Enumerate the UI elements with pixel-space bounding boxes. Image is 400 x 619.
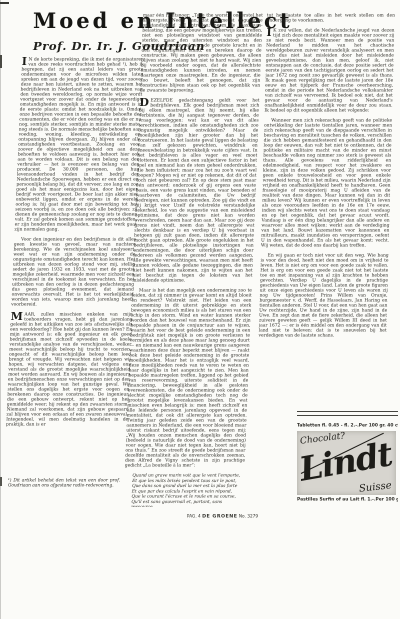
ad-price-bottom-row: Pastilles Surfin of au Lait fl. 1.-. Per… (297, 497, 398, 502)
paragraph-text: N de korte bespreking, die ik met de org… (14, 57, 144, 232)
paragraph-text: EZELFDE gedachtengang geldt voor het bed… (132, 98, 259, 283)
paragraph-text: K zou willen, dat de Nederlandsche jeugd… (264, 28, 394, 113)
paragraph: maar één richtsnoer: „Take the worst”, o… (140, 13, 263, 93)
paragraph: IN de korte bespreking, die ik met de or… (14, 57, 144, 232)
paragraph: IK zou willen, dat de Nederlandsche jeug… (264, 28, 394, 113)
scan-mark-top (0, 2, 9, 4)
scan-edge-artifact (0, 0, 1, 619)
footnote-text: ¹) Dit artikel behelst den tekst van een… (8, 478, 120, 488)
ad-suisse-script: Suisse (359, 480, 393, 494)
ad-per-top: Per 100 gr. 40 cts. (359, 423, 398, 428)
ad-divider-rule (297, 411, 398, 416)
paragraph: En wij gaan er toch niet voor uit den we… (258, 253, 388, 338)
paragraph: DEZELFDE gedachtengang geldt voor het be… (132, 98, 259, 283)
dropcap-letter: D (139, 98, 150, 108)
ad-per-bottom: Per 100 gr. 30 cts. (376, 497, 398, 502)
footer-page-number: PAG. 4 (187, 514, 201, 519)
poem-quote: Quand un grave marin voit que le vent l'… (130, 473, 244, 507)
column-3-text: tot het laatste toe alles in het werk st… (258, 13, 395, 338)
page-footer: PAG. 4 DE GROENE No. 3279 (150, 514, 295, 524)
paragraph: Voor den ingenieur en den bedrijfsman is… (11, 237, 136, 307)
text-column-3: tot het laatste toe alles in het werk st… (257, 13, 395, 413)
ad-product-top: Tabletten fl. 0.45 - fl. 2.-. (297, 423, 359, 428)
paragraph-text: AAR, zullen misschien enkelen van mijn t… (6, 312, 133, 427)
paragraph: tot het laatste toe alles in het werk st… (267, 13, 395, 23)
column-1-text: IN de korte bespreking, die ik met de or… (6, 57, 144, 427)
column-2-text: maar één richtsnoer: „Take the worst”, o… (123, 13, 263, 507)
paragraph: Maar is het dan mogelijk een onderneming… (125, 288, 252, 468)
footer-publication-name: DE GROENE (202, 514, 237, 519)
scan-mark-bottom (0, 477, 2, 486)
text-column-2: maar één richtsnoer: „Take the worst”, o… (123, 13, 263, 507)
footer-issue-number: No. 3279 (239, 514, 258, 519)
dropcap-letter: M (10, 312, 24, 322)
scanned-article-page: Moed en Intellect Prof. Dr. Ir. J. Goudr… (0, 0, 400, 619)
footnote: ¹) Dit artikel behelst den tekst van een… (8, 478, 120, 500)
scan-mark-left (0, 55, 2, 68)
paragraph: Wanneer men zich rekenschap geeft van de… (261, 118, 392, 248)
ad-price-line-top: Tabletten fl. 0.45 - fl. 2.-. Per 100 gr… (297, 423, 398, 429)
ad-price-top-row: Tabletten fl. 0.45 - fl. 2.-. Per 100 gr… (297, 423, 398, 428)
ad-product-bottom: Pastilles Surfin of au Lait fl. 1.-. (297, 497, 376, 502)
page-footer-text: PAG. 4 DE GROENE No. 3279 (150, 514, 295, 519)
paragraph: MAAR, zullen misschien enkelen van mijn … (6, 312, 133, 427)
text-column-1: IN de korte bespreking, die ik met de or… (4, 57, 144, 477)
ad-price-line-bottom: Pastilles Surfin of au Lait fl. 1.-. Per… (297, 497, 398, 503)
ad-logo-box: Chocolat? Lindt Suisse (297, 431, 396, 495)
lindt-advertisement: Tabletten fl. 0.45 - fl. 2.-. Per 100 gr… (297, 411, 398, 505)
